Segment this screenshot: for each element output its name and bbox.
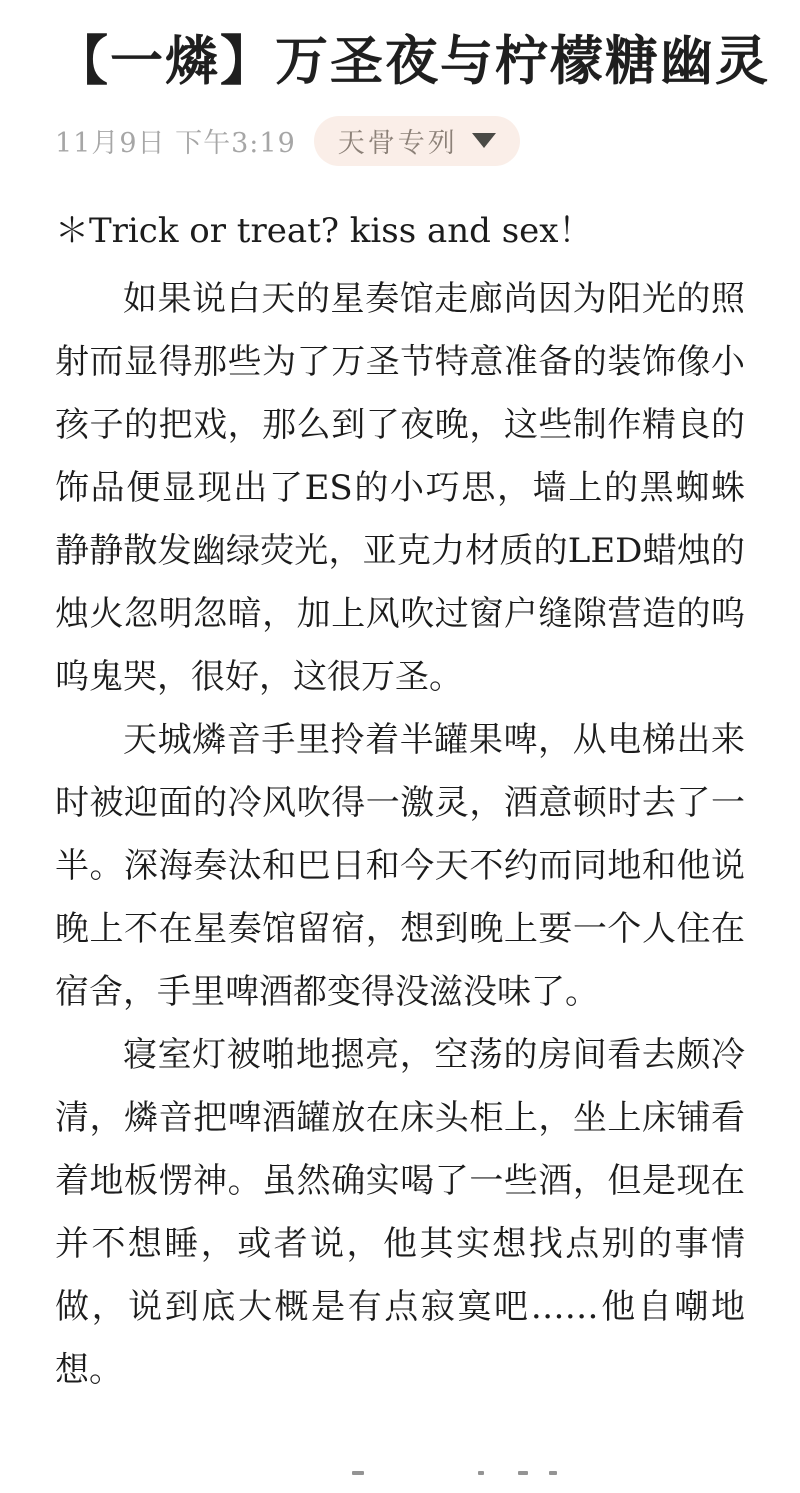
article-page: 【一燐】万圣夜与柠檬糖幽灵 11月9日 下午3:19 天骨专列 ＊Trick o… [0, 0, 800, 1493]
paragraph-1: 如果说白天的星奏馆走廊尚因为阳光的照射而显得那些为了万圣节特意准备的装饰像小孩子… [55, 268, 745, 709]
paragraph-2: 天城燐音手里拎着半罐果啤，从电梯出来时被迎面的冷风吹得一激灵，酒意顿时去了一半。… [55, 709, 745, 1024]
page-title: 【一燐】万圣夜与柠檬糖幽灵 [55, 30, 745, 94]
caret-down-icon [472, 133, 496, 148]
cutoff-next-line-fragments [0, 1471, 800, 1477]
paragraph-3: 寝室灯被啪地摁亮，空荡的房间看去颇冷清，燐音把啤酒罐放在床头柜上，坐上床铺看着地… [55, 1024, 745, 1402]
tag-label: 天骨专列 [338, 121, 458, 160]
author-note: ＊Trick or treat? kiss and sex！ [55, 200, 745, 263]
post-date: 11月9日 下午3:19 [55, 121, 296, 160]
article-body: ＊Trick or treat? kiss and sex！ 如果说白天的星奏馆… [55, 200, 745, 1402]
post-meta: 11月9日 下午3:19 天骨专列 [55, 116, 745, 166]
tag-dropdown-button[interactable]: 天骨专列 [314, 116, 520, 166]
